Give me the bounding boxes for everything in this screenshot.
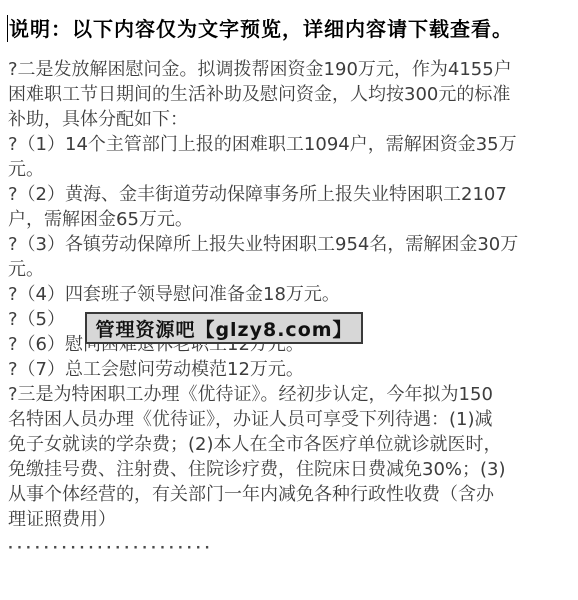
watermark-text: 管理资源吧【glzy8.com】 bbox=[95, 315, 352, 342]
doc-line: ?（1）14个主管部门上报的困难职工1094户，需解困资金35万 bbox=[8, 132, 574, 157]
doc-line: 困难职工节日期间的生活补助及慰问资金，人均按300元的标准 bbox=[8, 82, 574, 107]
doc-line: 理证照费用） bbox=[8, 507, 574, 532]
document-body: ?二是发放解困慰问金。拟调拨帮困资金190万元，作为4155户 困难职工节日期间… bbox=[8, 57, 574, 557]
text-preview-page: 说明：以下内容仅为文字预览，详细内容请下载查看。 ?二是发放解困慰问金。拟调拨帮… bbox=[0, 0, 578, 600]
doc-line: 元。 bbox=[8, 257, 574, 282]
doc-line: 免缴挂号费、注射费、住院诊疗费，住院床日费减免30%；(3) bbox=[8, 457, 574, 482]
doc-line: 元。 bbox=[8, 157, 574, 182]
doc-line: ?（4）四套班子领导慰问准备金18万元。 bbox=[8, 282, 574, 307]
doc-line: ?三是为特困职工办理《优待证》。经初步认定，今年拟为150 bbox=[8, 382, 574, 407]
doc-line: ?（7）总工会慰问劳动模范12万元。 bbox=[8, 357, 574, 382]
preview-notice: 说明：以下内容仅为文字预览，详细内容请下载查看。 bbox=[9, 13, 513, 42]
doc-line: 户，需解困金65万元。 bbox=[8, 207, 574, 232]
doc-line: 补助，具体分配如下： bbox=[8, 107, 574, 132]
text-cursor bbox=[7, 15, 8, 42]
doc-line: ?二是发放解困慰问金。拟调拨帮困资金190万元，作为4155户 bbox=[8, 57, 574, 82]
doc-line: 名特困人员办理《优待证》，办证人员可享受下列待遇：(1)减 bbox=[8, 407, 574, 432]
doc-line: 从事个体经营的，有关部门一年内减免各种行政性收费（含办 bbox=[8, 482, 574, 507]
doc-line: ?（2）黄海、金丰街道劳动保障事务所上报失业特困职工2107 bbox=[8, 182, 574, 207]
watermark-box: 管理资源吧【glzy8.com】 bbox=[85, 312, 363, 344]
doc-line: 免子女就读的学杂费；(2)本人在全市各医疗单位就诊就医时， bbox=[8, 432, 574, 457]
doc-line: ?（3）各镇劳动保障所上报失业特困职工954名，需解困金30万 bbox=[8, 232, 574, 257]
ellipsis-line: ······················· bbox=[8, 532, 574, 557]
